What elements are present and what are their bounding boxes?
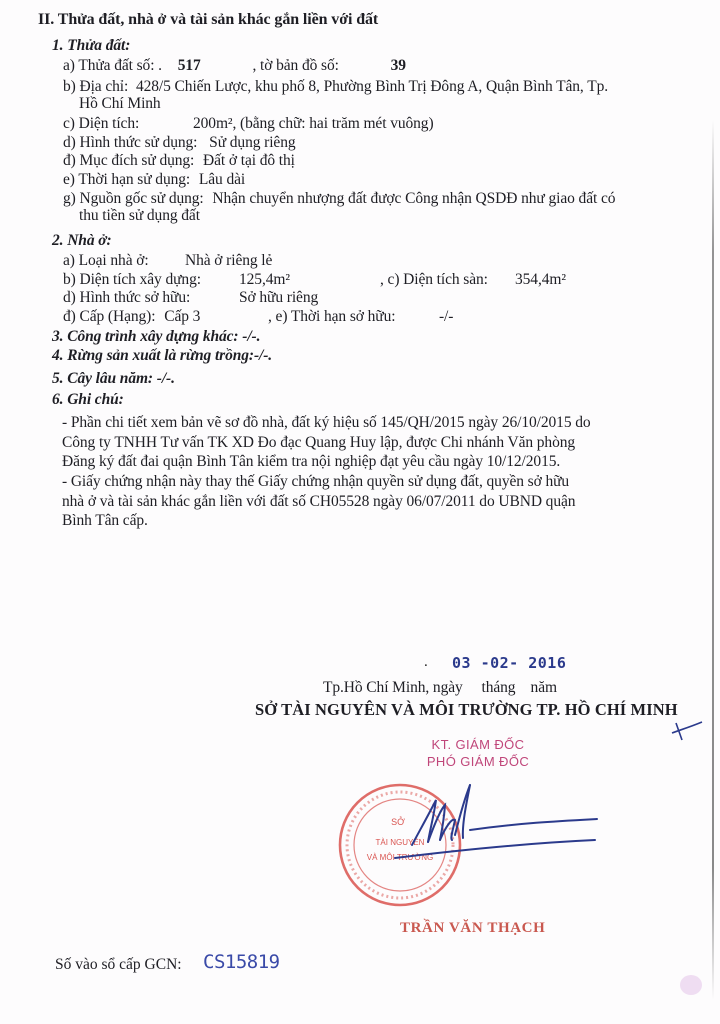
signature-icon — [395, 785, 597, 858]
certificate-page: II. Thửa đất, nhà ở và tài sản khác gắn … — [0, 0, 720, 1024]
scan-smudge — [680, 975, 702, 995]
svg-text:TÀI NGUYÊN: TÀI NGUYÊN — [376, 838, 425, 847]
svg-text:SỞ: SỞ — [391, 816, 405, 827]
registry-number: CS15819 — [203, 951, 280, 973]
scan-edge — [712, 120, 714, 1000]
initials-mark-icon — [672, 722, 702, 740]
seal-and-signature: SỞ TÀI NGUYÊN VÀ MÔI TRƯỜNG — [0, 0, 720, 1024]
registry-label: Số vào sổ cấp GCN: — [55, 956, 182, 974]
official-seal-icon: SỞ TÀI NGUYÊN VÀ MÔI TRƯỜNG — [340, 785, 460, 905]
signer-name: TRẦN VĂN THẠCH — [400, 920, 545, 937]
